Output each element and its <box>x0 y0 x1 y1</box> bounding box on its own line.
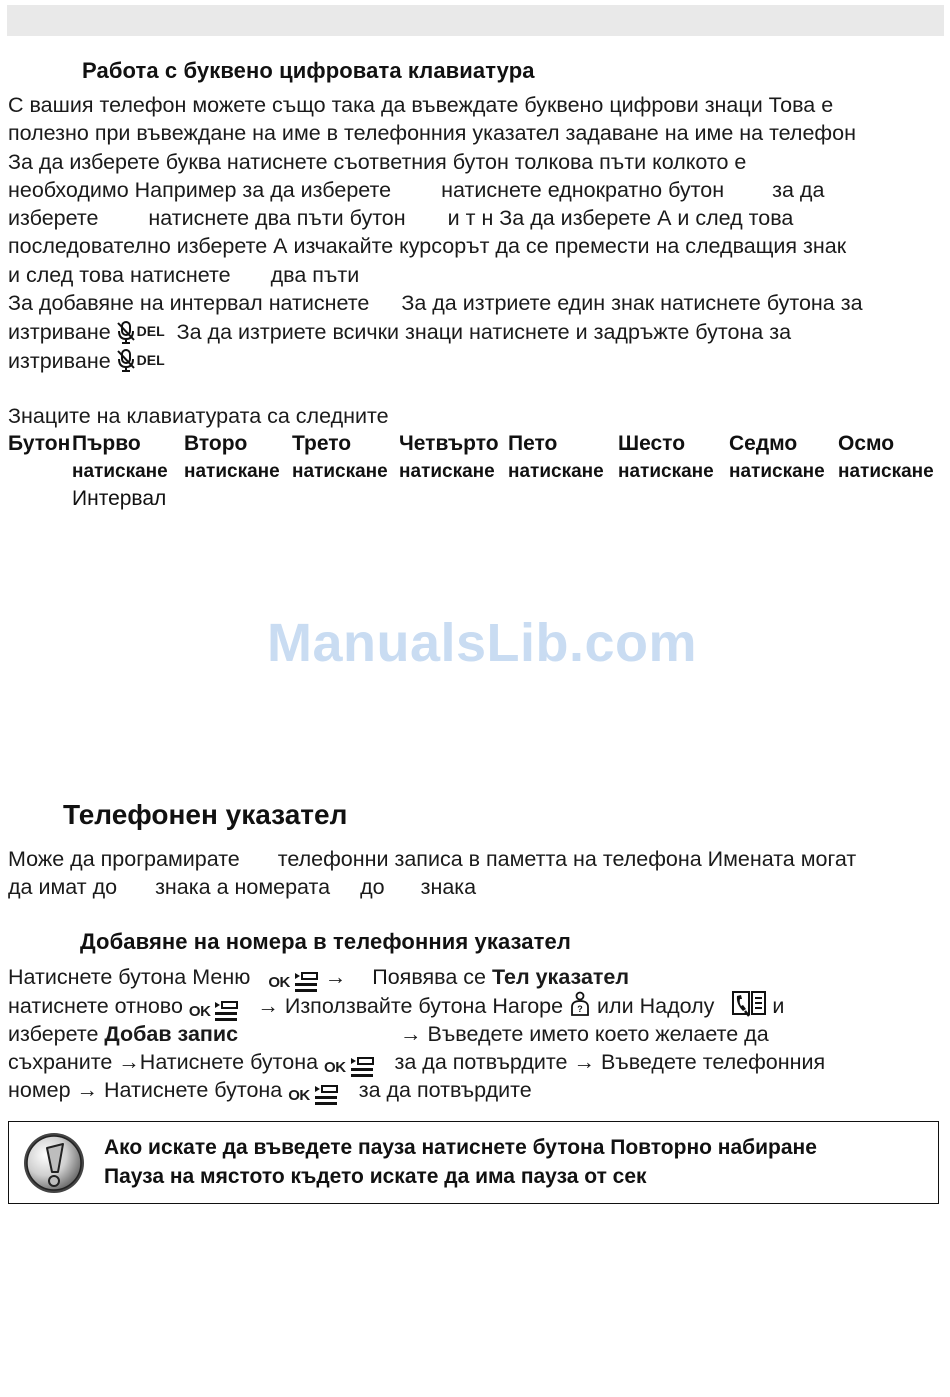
text-line: и след това натиснетедва пъти <box>8 261 863 289</box>
text-line: Знаците на клавиатурата са следните <box>8 402 389 430</box>
text-span: За добавяне на интервал натиснете <box>8 291 369 315</box>
text-span: знака а номерата <box>155 875 330 899</box>
table-subheader: натискане <box>729 461 825 483</box>
table-header: Пето <box>508 432 557 456</box>
add-number-steps: Натиснете бутона Меню OK → Появява се Те… <box>8 963 825 1104</box>
table-header: Второ <box>184 432 247 456</box>
text-span: съхраните <box>8 1050 112 1074</box>
keypad-paragraph: С вашия телефон можете също така да въве… <box>8 91 863 374</box>
text-span: Въведете телефонния <box>601 1050 825 1074</box>
table-subheader: натискане <box>399 461 495 483</box>
text-line: За добавяне на интервал натиснетеЗа да и… <box>8 289 863 317</box>
arrow-icon: → <box>573 1050 595 1074</box>
text-span: необходимо Например за да изберете <box>8 178 391 202</box>
del-label: DEL <box>137 317 165 345</box>
text-span: два пъти <box>271 263 360 287</box>
subsection-title-add-number: Добавяне на номера в телефонния указател <box>80 929 571 955</box>
text-line: Може да програмиратетелефонни записа в п… <box>8 845 856 873</box>
note-box: Ако искате да въведете пауза натиснете б… <box>8 1121 939 1204</box>
text-span: и т н За да изберете А и след това <box>448 206 794 230</box>
text-span: телефонни записа в паметта на телефона И… <box>278 847 856 871</box>
text-span: Може да програмирате <box>8 847 240 871</box>
phonebook-contact-icon: ? <box>569 991 591 1017</box>
text-span: и <box>772 994 784 1018</box>
text-span: Използвайте бутона Нагоре <box>285 994 563 1018</box>
text-span: натиснете два пъти бутон <box>148 206 405 230</box>
ok-menu-key: OK <box>288 1082 339 1110</box>
note-line: Ако искате да въведете пауза натиснете б… <box>104 1134 817 1163</box>
table-header: Шесто <box>618 432 685 456</box>
text-span: натиснете еднократно бутон <box>441 178 724 202</box>
arrow-icon: → <box>257 994 279 1018</box>
menu-list-icon <box>313 1085 339 1107</box>
page-header-bar <box>7 5 944 36</box>
text-span: Натиснете бутона Меню <box>8 965 250 989</box>
keypad-table: Бутон Първо Второ Трето Четвърто Пето Ше… <box>8 430 943 520</box>
text-line: съхраните →Натиснете бутона OK за да пот… <box>8 1048 825 1076</box>
text-span: Натиснете бутона <box>104 1078 282 1102</box>
warning-exclamation-icon <box>21 1130 87 1196</box>
text-span: знака <box>421 875 477 899</box>
text-line: изберетенатиснете два пъти бутони т н За… <box>8 204 863 232</box>
text-span: изберете <box>8 206 98 230</box>
phonebook-intro: Може да програмиратетелефонни записа в п… <box>8 845 856 902</box>
text-line: да имат дознака а номератадознака <box>8 873 856 901</box>
text-span: номер <box>8 1078 71 1102</box>
text-span: да имат до <box>8 875 117 899</box>
text-span: Появява се <box>372 965 486 989</box>
arrow-icon: → <box>118 1050 140 1074</box>
text-span: до <box>360 875 385 899</box>
text-line: последователно изберете А изчакайте курс… <box>8 232 863 260</box>
table-header: Трето <box>292 432 351 456</box>
note-line: Пауза на мястото където искате да има па… <box>104 1163 817 1192</box>
mute-microphone-icon <box>117 348 135 372</box>
table-subheader: натискане <box>184 461 280 483</box>
text-span: Въведете името което желаете да <box>428 1022 769 1046</box>
text-span: За да изтриете всички знаци натиснете и … <box>177 321 791 345</box>
text-line: За да изберете буква натиснете съответни… <box>8 148 863 176</box>
table-subheader: натискане <box>72 461 168 483</box>
text-line: полезно при въвеждане на име в телефонни… <box>8 119 863 147</box>
table-header: Бутон <box>8 432 70 456</box>
text-span: Добав запис <box>104 1022 238 1046</box>
text-span: натиснете отново <box>8 994 183 1018</box>
text-line: изтриване DEL <box>8 346 863 374</box>
watermark: ManualsLib.com <box>267 612 697 674</box>
delete-key: DEL <box>117 346 165 374</box>
text-span: Натиснете бутона <box>140 1050 318 1074</box>
note-text: Ако искате да въведете пауза натиснете б… <box>104 1134 817 1191</box>
text-span: за да <box>772 178 824 202</box>
text-line: натиснете отново OK → Използвайте бутона… <box>8 991 825 1019</box>
text-line: изтриване DEL За да изтриете всички знац… <box>8 317 863 345</box>
text-span: за да потвърдите <box>359 1078 532 1102</box>
text-span: или Надолу <box>597 994 714 1018</box>
text-span: изтриване <box>8 321 111 345</box>
arrow-icon: → <box>400 1022 422 1046</box>
text-span: за да потвърдите <box>395 1050 568 1074</box>
table-header: Осмо <box>838 432 894 456</box>
ok-label: OK <box>288 1082 310 1110</box>
arrow-icon: → <box>77 1078 99 1102</box>
table-subheader: натискане <box>838 461 934 483</box>
text-line: необходимо Например за да изберетенатисн… <box>8 176 863 204</box>
table-cell: Интервал <box>72 487 166 511</box>
section-title-phonebook: Телефонен указател <box>63 799 347 831</box>
table-subheader: натискане <box>508 461 604 483</box>
table-header: Седмо <box>729 432 797 456</box>
text-span: и след това натиснете <box>8 263 231 287</box>
table-header: Първо <box>72 432 141 456</box>
text-line: Натиснете бутона Меню OK → Появява се Те… <box>8 963 825 991</box>
table-subheader: натискане <box>618 461 714 483</box>
table-header: Четвърто <box>399 432 499 456</box>
svg-text:?: ? <box>577 1004 583 1014</box>
delete-key: DEL <box>117 317 165 345</box>
text-span: Тел указател <box>492 965 629 989</box>
section-title-keypad: Работа с буквено цифровата клавиатура <box>82 58 535 84</box>
text-span: изберете <box>8 1022 98 1046</box>
text-span: изтриване <box>8 349 111 373</box>
table-subheader: натискане <box>292 461 388 483</box>
del-label: DEL <box>137 346 165 374</box>
text-span: За да изтриете един знак натиснете бутон… <box>401 291 862 315</box>
text-line: изберете Добав запис → Въведете името ко… <box>8 1020 825 1048</box>
call-log-icon <box>732 991 766 1017</box>
keys-intro: Знаците на клавиатурата са следните <box>8 402 389 430</box>
arrow-icon: → <box>325 965 347 989</box>
mute-microphone-icon <box>117 320 135 344</box>
text-line: С вашия телефон можете също така да въве… <box>8 91 863 119</box>
text-line: номер → Натиснете бутона OK за да потвър… <box>8 1076 825 1104</box>
